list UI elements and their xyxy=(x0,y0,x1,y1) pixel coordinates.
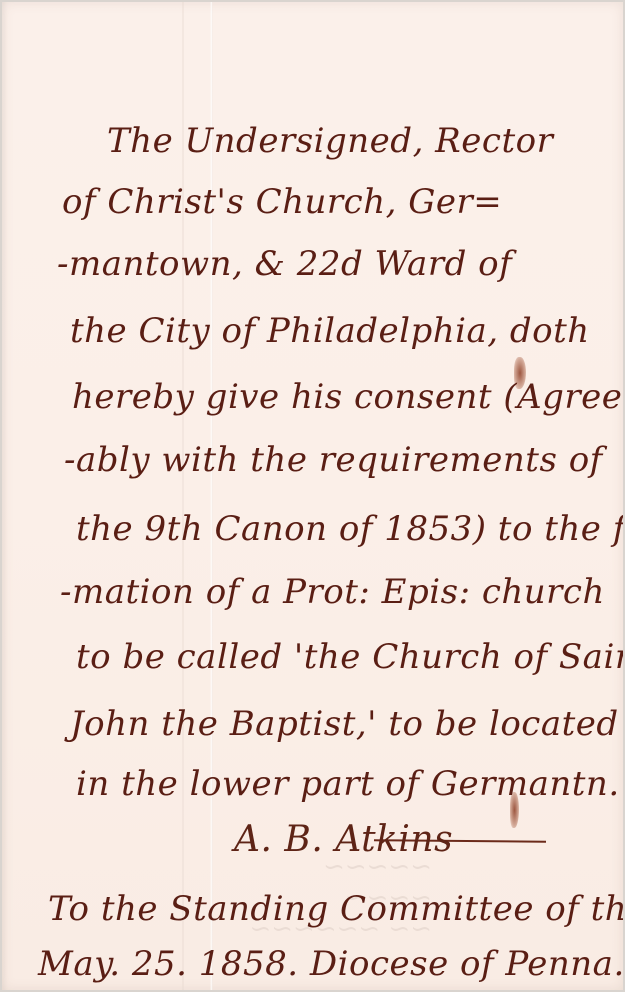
body-line: John the Baptist,' to be located xyxy=(70,707,619,741)
body-line: the City of Philadelphia, doth xyxy=(70,314,590,348)
body-line: hereby give his consent (Agree. xyxy=(72,380,623,414)
body-line: the 9th Canon of 1853) to the for xyxy=(76,512,623,546)
body-line: in the lower part of Germantn. xyxy=(76,767,620,801)
signature: A. B. Atkins xyxy=(234,822,453,858)
body-line: to be called 'the Church of Saint xyxy=(76,640,623,674)
body-line: -mantown, & 22d Ward of xyxy=(57,247,512,281)
letter-page: ~~~~~ ~~~~~~ ~~~~~~ The Undersigned, Rec… xyxy=(2,2,623,990)
body-line: -mation of a Prot: Epis: church xyxy=(60,575,605,609)
address-line: May. 25. 1858. Diocese of Penna. xyxy=(38,947,623,981)
body-line: -ably with the requirements of xyxy=(64,443,603,477)
address-line: To the Standing Committee of the xyxy=(48,892,623,926)
body-line: The Undersigned, Rector xyxy=(107,124,553,158)
body-line: of Christ's Church, Ger= xyxy=(62,185,502,219)
